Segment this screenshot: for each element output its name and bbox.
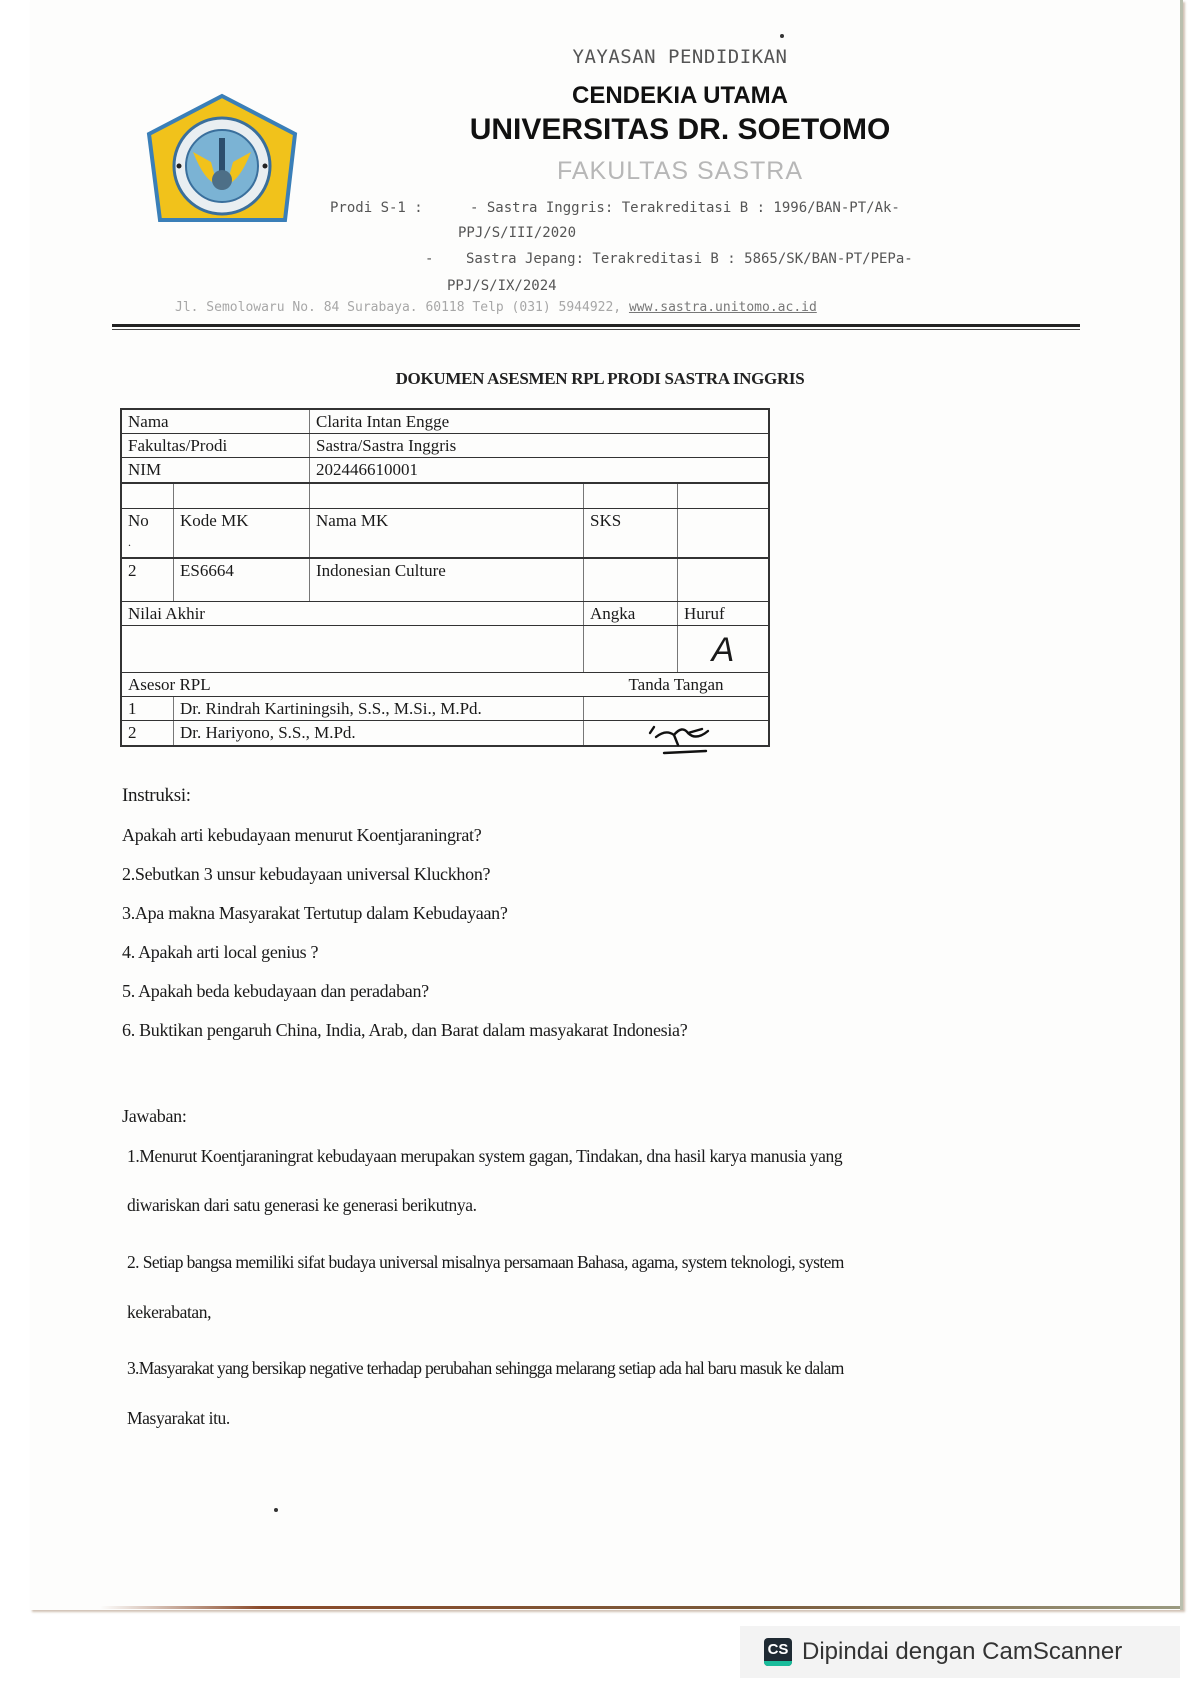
course-name: Indonesian Culture bbox=[310, 559, 584, 601]
assessor-label: Asesor RPL bbox=[122, 673, 584, 696]
website-link[interactable]: www.sastra.unitomo.ac.id bbox=[629, 300, 817, 315]
assessor-row: 1 Dr. Rindrah Kartiningsih, S.S., M.Si.,… bbox=[122, 697, 768, 721]
foundation-name: CENDEKIA UTAMA bbox=[420, 82, 940, 110]
letterhead-rule-thin bbox=[112, 329, 1080, 330]
table-row-faculty: Fakultas/Prodi Sastra/Sastra Inggris bbox=[122, 434, 768, 458]
university-emblem-icon bbox=[145, 92, 300, 232]
answer-line: 3.Masyarakat yang bersikap negative terh… bbox=[127, 1358, 844, 1379]
header-sks: SKS bbox=[584, 509, 678, 557]
grade-label: Nilai Akhir bbox=[122, 602, 584, 625]
blank-cell bbox=[310, 484, 584, 508]
assessment-table: Nama Clarita Intan Engge Fakultas/Prodi … bbox=[120, 408, 770, 747]
blank-cell bbox=[122, 484, 174, 508]
answer-line: 1.Menurut Koentjaraningrat kebudayaan me… bbox=[127, 1146, 842, 1167]
assessor-name: Dr. Rindrah Kartiningsih, S.S., M.Si., M… bbox=[174, 697, 584, 720]
course-row: 2 ES6664 Indonesian Culture bbox=[122, 559, 768, 602]
grade-value-row: A bbox=[122, 626, 768, 673]
question-6: 6. Buktikan pengaruh China, India, Arab,… bbox=[122, 1020, 687, 1041]
answer-line: 2. Setiap bangsa memiliki sifat budaya u… bbox=[127, 1252, 844, 1273]
assessor-row: 2 Dr. Hariyono, S.S., M.Pd. bbox=[122, 721, 768, 745]
assessor-header-row: Asesor RPL Tanda Tangan bbox=[122, 673, 768, 697]
faculty-name: FAKULTAS SASTRA bbox=[420, 157, 940, 186]
speck-mark bbox=[274, 1508, 278, 1512]
grade-angka-label: Angka bbox=[584, 602, 678, 625]
question-5: 5. Apakah beda kebudayaan dan peradaban? bbox=[122, 981, 429, 1002]
faculty-value: Sastra/Sastra Inggris bbox=[310, 434, 768, 457]
blank-cell bbox=[174, 484, 310, 508]
foundation-label: YAYASAN PENDIDIKAN bbox=[420, 46, 940, 68]
answer-line: kekerabatan, bbox=[127, 1302, 211, 1323]
header-blank bbox=[678, 509, 768, 557]
prodi-accreditation-2: Sastra Jepang: Terakreditasi B : 5865/SK… bbox=[466, 251, 913, 267]
header-no-dot: . bbox=[128, 535, 131, 549]
nim-value: 202446610001 bbox=[310, 458, 768, 482]
assessor-name: Dr. Hariyono, S.S., M.Pd. bbox=[174, 721, 584, 745]
grade-header-row: Nilai Akhir Angka Huruf bbox=[122, 602, 768, 626]
letterhead-rule bbox=[112, 324, 1080, 327]
answer-line: diwariskan dari satu generasi ke generas… bbox=[127, 1195, 477, 1216]
question-1: Apakah arti kebudayaan menurut Koentjara… bbox=[122, 825, 481, 846]
signature-cell bbox=[584, 721, 768, 745]
course-code: ES6664 bbox=[174, 559, 310, 601]
speck-mark bbox=[780, 34, 784, 38]
paper-edge-shadow bbox=[100, 1606, 1180, 1609]
grade-blank bbox=[122, 626, 584, 672]
prodi-accreditation-2-cont: PPJ/S/IX/2024 bbox=[447, 278, 557, 294]
question-3: 3.Apa makna Masyarakat Tertutup dalam Ke… bbox=[122, 903, 508, 924]
handwritten-signature-icon bbox=[644, 719, 724, 759]
nim-label: NIM bbox=[122, 458, 310, 482]
grade-huruf-label: Huruf bbox=[678, 602, 768, 625]
document-title: DOKUMEN ASESMEN RPL PRODI SASTRA INGGRIS bbox=[250, 369, 950, 389]
course-no: 2 bbox=[122, 559, 174, 601]
faculty-address: Jl. Semolowaru No. 84 Surabaya. 60118 Te… bbox=[175, 300, 817, 315]
course-sks bbox=[584, 559, 678, 601]
bullet-dot: - bbox=[425, 251, 433, 267]
signature-label: Tanda Tangan bbox=[584, 673, 768, 696]
camscanner-text: Dipindai dengan CamScanner bbox=[802, 1638, 1122, 1666]
faculty-label: Fakultas/Prodi bbox=[122, 434, 310, 457]
question-4: 4. Apakah arti local genius ? bbox=[122, 942, 318, 963]
table-row-name: Nama Clarita Intan Engge bbox=[122, 410, 768, 434]
grade-huruf-value: A bbox=[678, 626, 768, 672]
name-value: Clarita Intan Engge bbox=[310, 410, 768, 433]
answer-line: Masyarakat itu. bbox=[127, 1408, 230, 1429]
grade-angka-value bbox=[584, 626, 678, 672]
assessor-no: 2 bbox=[122, 721, 174, 745]
prodi-accreditation-1-cont: PPJ/S/III/2020 bbox=[458, 225, 576, 241]
camscanner-logo-icon: CS bbox=[764, 1638, 792, 1666]
prodi-label: Prodi S-1 : bbox=[330, 200, 423, 216]
answers-heading: Jawaban: bbox=[122, 1106, 187, 1127]
course-blank bbox=[678, 559, 768, 601]
table-row-blank bbox=[122, 484, 768, 509]
blank-cell bbox=[584, 484, 678, 508]
name-label: Nama bbox=[122, 410, 310, 433]
instructions-heading: Instruksi: bbox=[122, 785, 191, 807]
prodi-accreditation-1: - Sastra Inggris: Terakreditasi B : 1996… bbox=[470, 200, 900, 216]
question-2: 2.Sebutkan 3 unsur kebudayaan universal … bbox=[122, 864, 490, 885]
table-row-nim: NIM 202446610001 bbox=[122, 458, 768, 484]
header-kode: Kode MK bbox=[174, 509, 310, 557]
header-no: No. bbox=[122, 509, 174, 557]
signature-cell bbox=[584, 697, 768, 720]
header-no-text: No bbox=[128, 511, 149, 530]
university-name: UNIVERSITAS DR. SOETOMO bbox=[420, 113, 940, 147]
header-nama: Nama MK bbox=[310, 509, 584, 557]
camscanner-watermark: CS Dipindai dengan CamScanner bbox=[740, 1626, 1180, 1678]
course-header-row: No. Kode MK Nama MK SKS bbox=[122, 509, 768, 559]
assessor-no: 1 bbox=[122, 697, 174, 720]
blank-cell bbox=[678, 484, 768, 508]
address-text: Jl. Semolowaru No. 84 Surabaya. 60118 Te… bbox=[175, 300, 621, 315]
